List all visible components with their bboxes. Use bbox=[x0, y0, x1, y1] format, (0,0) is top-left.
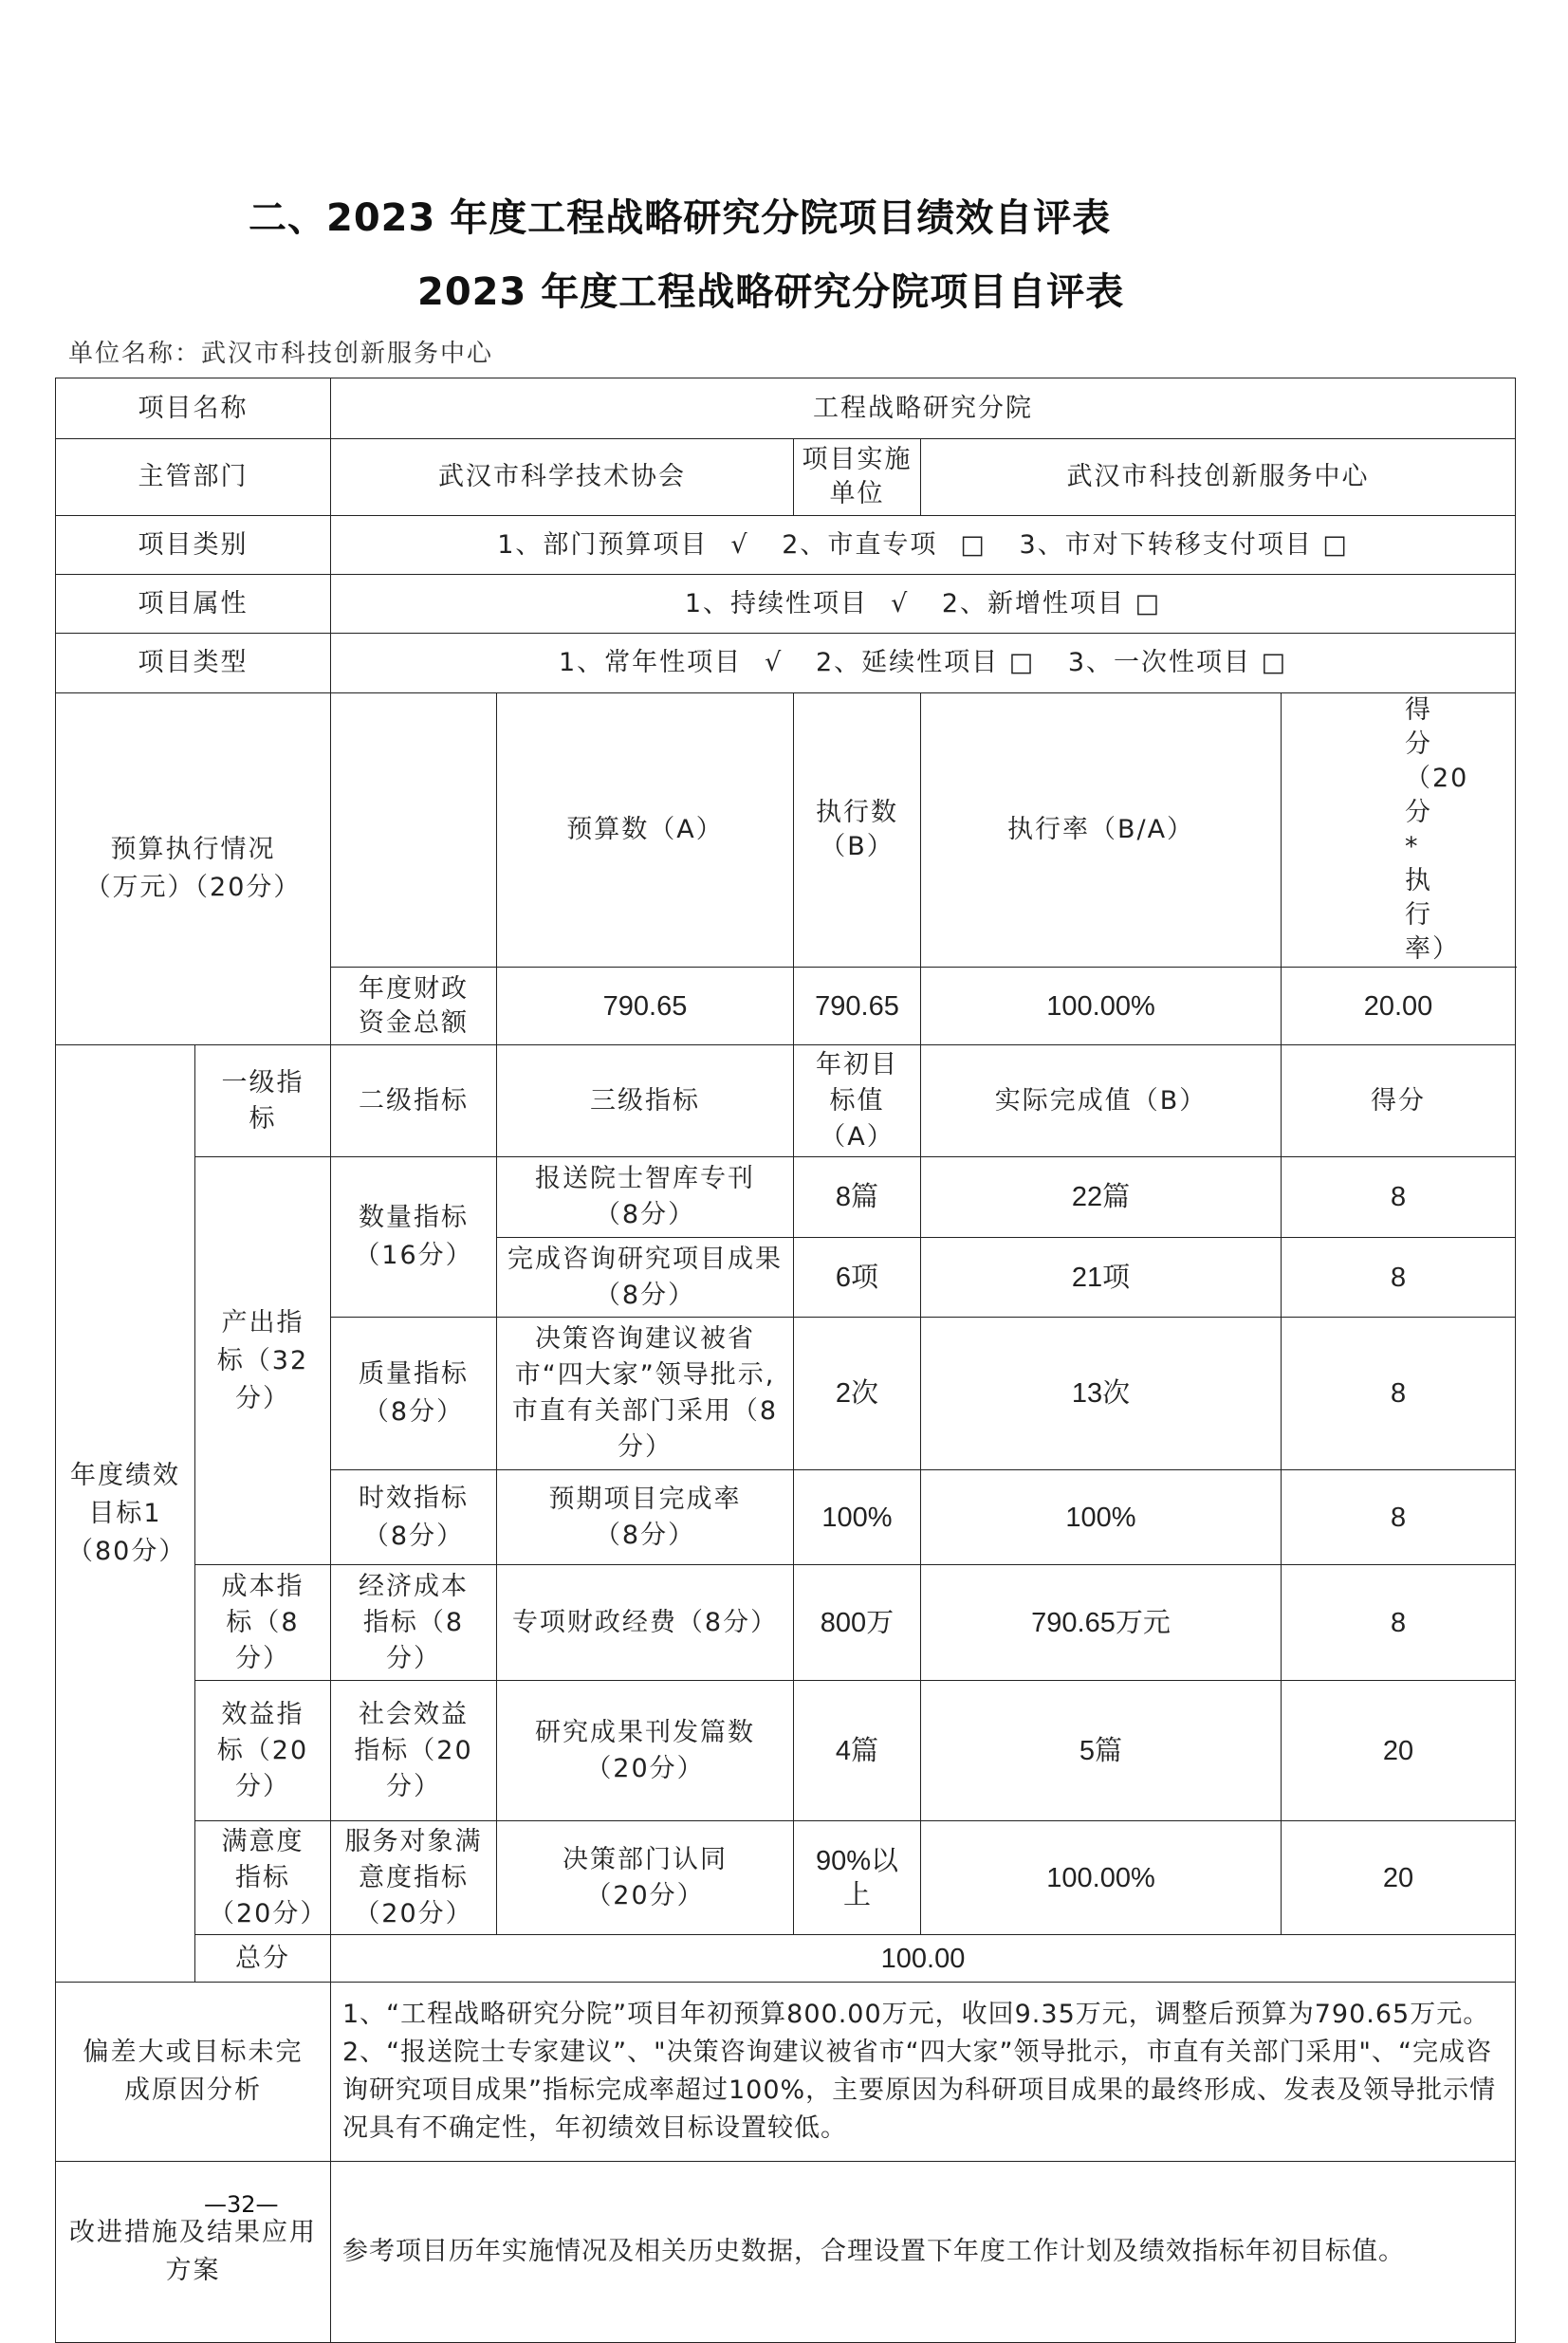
attribute-option-2: 2、新增性项目 bbox=[942, 589, 1125, 618]
score-value: 8 bbox=[1282, 1565, 1516, 1681]
impl-unit-label: 项目实施单位 bbox=[794, 439, 921, 516]
target-value: 2次 bbox=[794, 1318, 921, 1470]
check-mark-icon: √ bbox=[730, 530, 748, 560]
header-level2: 二级指标 bbox=[331, 1045, 497, 1157]
category-option-1: 1、部门预算项目 bbox=[497, 530, 708, 560]
checkbox-empty-icon: □ bbox=[1135, 589, 1162, 618]
actual-value: 21项 bbox=[921, 1238, 1282, 1318]
table-row: 满意度指标（20分） 服务对象满意度指标（20分） 决策部门认同（20分） 90… bbox=[56, 1821, 1516, 1935]
attribute-label: 项目属性 bbox=[56, 575, 331, 634]
budget-header-b: 执行数（B） bbox=[794, 693, 921, 968]
score-value: 8 bbox=[1282, 1470, 1516, 1565]
level2-timeliness: 时效指标（8分） bbox=[331, 1470, 497, 1565]
budget-score-value: 20.00 bbox=[1282, 968, 1516, 1045]
header-target: 年初目标值（A） bbox=[794, 1045, 921, 1157]
improvement-label: 改进措施及结果应用方案 bbox=[56, 2162, 331, 2343]
category-option-2: 2、市直专项 bbox=[782, 530, 937, 560]
level2-service-satisfaction: 服务对象满意度指标（20分） bbox=[331, 1821, 497, 1935]
type-option-3: 3、一次性项目 bbox=[1068, 648, 1251, 677]
attribute-options: 1、持续性项目√ 2、新增性项目 □ bbox=[331, 575, 1516, 634]
total-value: 100.00 bbox=[331, 1935, 1516, 1983]
actual-value: 22篇 bbox=[921, 1157, 1282, 1238]
exec-b-value: 790.65 bbox=[794, 968, 921, 1045]
attribute-option-1: 1、持续性项目 bbox=[685, 589, 868, 618]
budget-header-rate: 执行率（B/A） bbox=[921, 693, 1282, 968]
score-value: 20 bbox=[1282, 1681, 1516, 1821]
checkbox-empty-icon: □ bbox=[1322, 530, 1349, 560]
level2-quality: 质量指标（8分） bbox=[331, 1318, 497, 1470]
header-level3: 三级指标 bbox=[497, 1045, 794, 1157]
level3-indicator: 专项财政经费（8分） bbox=[497, 1565, 794, 1681]
level1-satisfaction: 满意度指标（20分） bbox=[195, 1821, 331, 1935]
budget-header-a: 预算数（A） bbox=[497, 693, 794, 968]
level3-indicator: 决策部门认同（20分） bbox=[497, 1821, 794, 1935]
level1-cost: 成本指标（8分） bbox=[195, 1565, 331, 1681]
section-title: 二、2023 年度工程战略研究分院项目绩效自评表 bbox=[249, 188, 1111, 242]
target-value: 6项 bbox=[794, 1238, 921, 1318]
level2-quantity: 数量指标（16分） bbox=[331, 1157, 497, 1318]
department-value: 武汉市科学技术协会 bbox=[331, 439, 794, 516]
row-department: 主管部门 武汉市科学技术协会 项目实施单位 武汉市科技创新服务中心 bbox=[56, 439, 1516, 516]
deviation-line-1: 1、“工程战略研究分院”项目年初预算800.00万元，收回9.35万元，调整后预… bbox=[342, 1996, 1503, 2034]
actual-value: 100% bbox=[921, 1470, 1282, 1565]
row-deviation: 偏差大或目标未完成原因分析 1、“工程战略研究分院”项目年初预算800.00万元… bbox=[56, 1983, 1516, 2162]
header-actual: 实际完成值（B） bbox=[921, 1045, 1282, 1157]
budget-row-label: 年度财政资金总额 bbox=[331, 968, 497, 1045]
level1-benefit: 效益指标（20分） bbox=[195, 1681, 331, 1821]
budget-a-value: 790.65 bbox=[497, 968, 794, 1045]
self-evaluation-table: 项目名称 工程战略研究分院 主管部门 武汉市科学技术协会 项目实施单位 武汉市科… bbox=[55, 378, 1516, 2343]
deviation-line-2: 2、“报送院士专家建议”、"决策咨询建议被省市“四大家”领导批示，市直有关部门采… bbox=[342, 2034, 1503, 2148]
row-attribute: 项目属性 1、持续性项目√ 2、新增性项目 □ bbox=[56, 575, 1516, 634]
row-improvement: 改进措施及结果应用方案 参考项目历年实施情况及相关历史数据，合理设置下年度工作计… bbox=[56, 2162, 1516, 2343]
row-type: 项目类型 1、常年性项目√ 2、延续性项目 □ 3、一次性项目 □ bbox=[56, 634, 1516, 693]
unit-name-line: 单位名称：武汉市科技创新服务中心 bbox=[68, 334, 493, 369]
level3-indicator: 报送院士智库专刊（8分） bbox=[497, 1157, 794, 1238]
department-label: 主管部门 bbox=[56, 439, 331, 516]
level3-indicator: 预期项目完成率（8分） bbox=[497, 1470, 794, 1565]
row-budget-header: 预算执行情况（万元）（20分） 预算数（A） 执行数（B） 执行率（B/A） 得… bbox=[56, 693, 1516, 968]
actual-value: 790.65万元 bbox=[921, 1565, 1282, 1681]
header-score: 得分 bbox=[1282, 1045, 1516, 1157]
target-value: 4篇 bbox=[794, 1681, 921, 1821]
level3-indicator: 完成咨询研究项目成果（8分） bbox=[497, 1238, 794, 1318]
budget-blank-cell bbox=[331, 693, 497, 968]
header-level1: 一级指标 bbox=[195, 1045, 331, 1157]
level3-indicator: 决策咨询建议被省市“四大家”领导批示,市直有关部门采用（8分） bbox=[497, 1318, 794, 1470]
impl-unit-value: 武汉市科技创新服务中心 bbox=[921, 439, 1516, 516]
total-label: 总分 bbox=[195, 1935, 331, 1983]
actual-value: 13次 bbox=[921, 1318, 1282, 1470]
actual-value: 5篇 bbox=[921, 1681, 1282, 1821]
category-label: 项目类别 bbox=[56, 516, 331, 575]
project-name-label: 项目名称 bbox=[56, 378, 331, 439]
table-row: 效益指标（20分） 社会效益指标（20分） 研究成果刊发篇数（20分） 4篇 5… bbox=[56, 1681, 1516, 1821]
actual-value: 100.00% bbox=[921, 1821, 1282, 1935]
type-option-2: 2、延续性项目 bbox=[816, 648, 999, 677]
checkbox-empty-icon: □ bbox=[960, 530, 987, 560]
score-value: 8 bbox=[1282, 1157, 1516, 1238]
type-option-1: 1、常年性项目 bbox=[559, 648, 742, 677]
score-value: 8 bbox=[1282, 1318, 1516, 1470]
row-performance-header: 年度绩效目标1（80分） 一级指标 二级指标 三级指标 年初目标值（A） 实际完… bbox=[56, 1045, 1516, 1157]
target-value: 100% bbox=[794, 1470, 921, 1565]
table-row: 成本指标（8分） 经济成本指标（8分） 专项财政经费（8分） 800万 790.… bbox=[56, 1565, 1516, 1681]
check-mark-icon: √ bbox=[765, 648, 783, 677]
budget-header-score: 得分（20分*执行率） bbox=[1282, 693, 1516, 968]
check-mark-icon: √ bbox=[891, 589, 909, 618]
budget-label: 预算执行情况（万元）（20分） bbox=[56, 693, 331, 1045]
improvement-text: 参考项目历年实施情况及相关历史数据，合理设置下年度工作计划及绩效指标年初目标值。 bbox=[331, 2162, 1516, 2343]
level2-economic-cost: 经济成本指标（8分） bbox=[331, 1565, 497, 1681]
checkbox-empty-icon: □ bbox=[1262, 648, 1288, 677]
row-category: 项目类别 1、部门预算项目√ 2、市直专项□ 3、市对下转移支付项目 □ bbox=[56, 516, 1516, 575]
target-value: 800万 bbox=[794, 1565, 921, 1681]
deviation-label: 偏差大或目标未完成原因分析 bbox=[56, 1983, 331, 2162]
project-name-value: 工程战略研究分院 bbox=[331, 378, 1516, 439]
table-row: 产出指标（32分） 数量指标（16分） 报送院士智库专刊（8分） 8篇 22篇 … bbox=[56, 1157, 1516, 1238]
deviation-text: 1、“工程战略研究分院”项目年初预算800.00万元，收回9.35万元，调整后预… bbox=[331, 1983, 1516, 2162]
category-option-3: 3、市对下转移支付项目 bbox=[1020, 530, 1313, 560]
level2-social-benefit: 社会效益指标（20分） bbox=[331, 1681, 497, 1821]
level1-output: 产出指标（32分） bbox=[195, 1157, 331, 1565]
score-value: 20 bbox=[1282, 1821, 1516, 1935]
target-value: 8篇 bbox=[794, 1157, 921, 1238]
exec-rate-value: 100.00% bbox=[921, 968, 1282, 1045]
table-title: 2023 年度工程战略研究分院项目自评表 bbox=[417, 262, 1124, 316]
annual-goal-label: 年度绩效目标1（80分） bbox=[56, 1045, 195, 1983]
row-project-name: 项目名称 工程战略研究分院 bbox=[56, 378, 1516, 439]
level3-indicator: 研究成果刊发篇数（20分） bbox=[497, 1681, 794, 1821]
page-number: —32— bbox=[204, 2191, 279, 2218]
row-total: 总分 100.00 bbox=[56, 1935, 1516, 1983]
score-value: 8 bbox=[1282, 1238, 1516, 1318]
target-value: 90%以上 bbox=[794, 1821, 921, 1935]
type-label: 项目类型 bbox=[56, 634, 331, 693]
checkbox-empty-icon: □ bbox=[1009, 648, 1036, 677]
type-options: 1、常年性项目√ 2、延续性项目 □ 3、一次性项目 □ bbox=[331, 634, 1516, 693]
category-options: 1、部门预算项目√ 2、市直专项□ 3、市对下转移支付项目 □ bbox=[331, 516, 1516, 575]
